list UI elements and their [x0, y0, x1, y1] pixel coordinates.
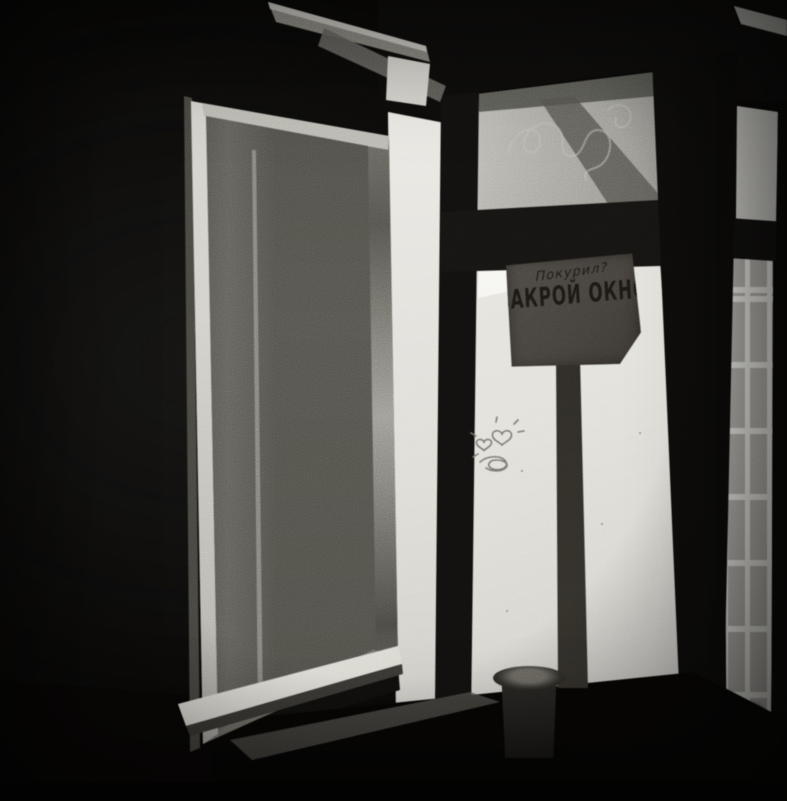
transom-squiggle-doodle — [488, 82, 663, 222]
cup-rim — [493, 666, 565, 690]
photograph: Покурил? ЗАКРОЙ ОКНО — [0, 0, 787, 801]
cup-body — [500, 680, 558, 758]
sign-line-2: ЗАКРОЙ ОКНО — [497, 273, 649, 316]
smoking-warning-sign: Покурил? ЗАКРОЙ ОКНО — [506, 253, 643, 369]
dust-speck — [601, 523, 603, 525]
dust-speck — [639, 432, 641, 434]
dust-speck — [521, 470, 523, 472]
dust-speck — [506, 610, 508, 612]
scene: Покурил? ЗАКРОЙ ОКНО — [0, 0, 787, 801]
